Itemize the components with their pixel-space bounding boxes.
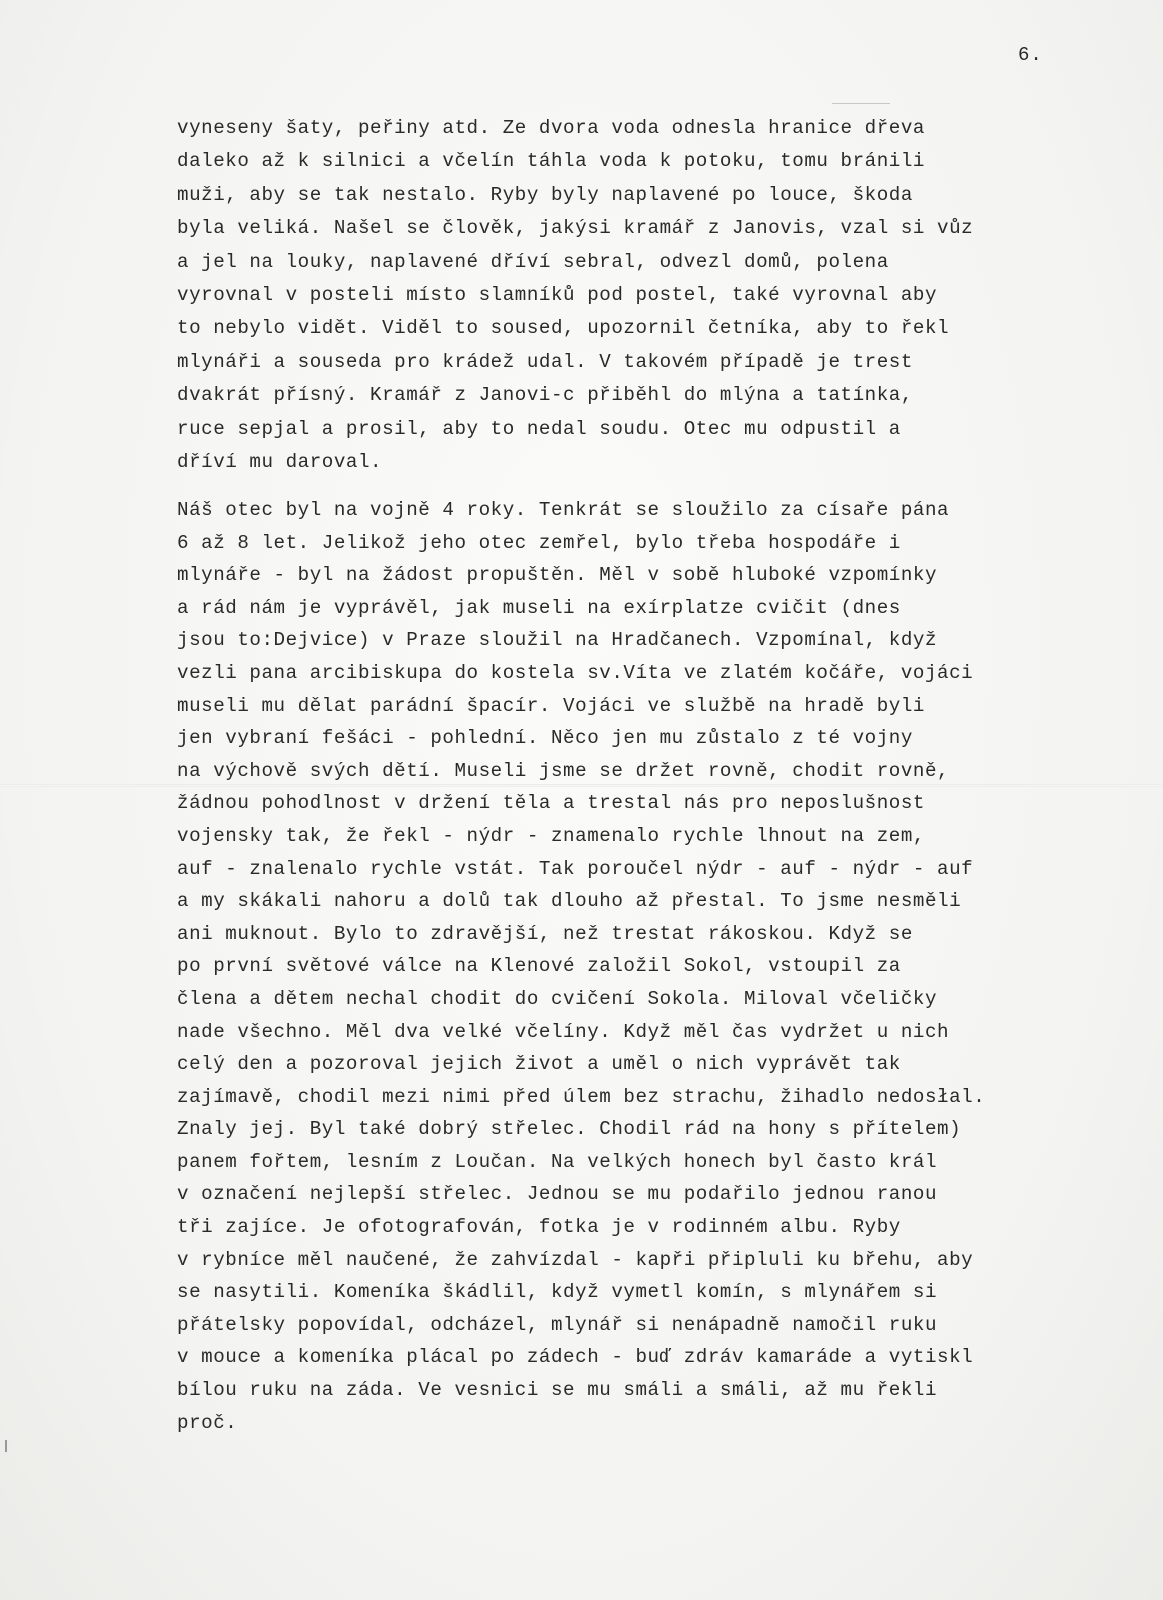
text-line: dvakrát přísný. Kramář z Janovi-c přiběh…	[177, 379, 1137, 412]
page-number: 6.	[1018, 44, 1043, 66]
text-line: muži, aby se tak nestalo. Ryby byly napl…	[177, 179, 1137, 212]
text-line: ani muknout. Bylo to zdravější, než tres…	[177, 918, 1137, 951]
text-line: auf - znalenalo rychle vstát. Tak porouč…	[177, 853, 1137, 886]
faint-pencil-mark	[832, 103, 890, 104]
text-line: v mouce a komeníka plácal po zádech - bu…	[177, 1341, 1137, 1374]
text-line: vojensky tak, že řekl - nýdr - znamenalo…	[177, 820, 1137, 853]
paragraph-flood-story: vyneseny šaty, peřiny atd. Ze dvora voda…	[177, 112, 1137, 479]
margin-mark	[5, 1440, 7, 1452]
text-line: proč.	[177, 1407, 1137, 1440]
text-line: museli mu dělat parádní špacír. Vojáci v…	[177, 690, 1137, 723]
text-line: daleko až k silnici a včelín táhla voda …	[177, 145, 1137, 178]
text-line: mlynáře - byl na žádost propuštěn. Měl v…	[177, 559, 1137, 592]
text-line: v označení nejlepší střelec. Jednou se m…	[177, 1178, 1137, 1211]
text-line: ruce sepjal a prosil, aby to nedal soudu…	[177, 413, 1137, 446]
text-line: dříví mu daroval.	[177, 446, 1137, 479]
text-line: vezli pana arcibiskupa do kostela sv.Vít…	[177, 657, 1137, 690]
text-line: se nasytili. Komeníka škádlil, když vyme…	[177, 1276, 1137, 1309]
text-line: přátelsky popovídal, odcházel, mlynář si…	[177, 1309, 1137, 1342]
text-line: člena a dětem nechal chodit do cvičení S…	[177, 983, 1137, 1016]
text-line: bílou ruku na záda. Ve vesnici se mu smá…	[177, 1374, 1137, 1407]
text-line: žádnou pohodlnost v držení těla a tresta…	[177, 787, 1137, 820]
text-line: a my skákali nahoru a dolů tak dlouho až…	[177, 885, 1137, 918]
text-line: Znaly jej. Byl také dobrý střelec. Chodi…	[177, 1113, 1137, 1146]
text-line: vyneseny šaty, peřiny atd. Ze dvora voda…	[177, 112, 1137, 145]
text-line: v rybníce měl naučené, že zahvízdal - ka…	[177, 1244, 1137, 1277]
text-line: po první světové válce na Klenové založi…	[177, 950, 1137, 983]
text-line: nade všechno. Měl dva velké včelíny. Kdy…	[177, 1016, 1137, 1049]
text-line: jsou to:Dejvice) v Praze sloužil na Hrad…	[177, 624, 1137, 657]
paragraph-father-military: Náš otec byl na vojně 4 roky. Tenkrát se…	[177, 494, 1137, 1439]
text-line: panem fořtem, lesním z Loučan. Na velkýc…	[177, 1146, 1137, 1179]
text-line: a rád nám je vyprávěl, jak museli na exí…	[177, 592, 1137, 625]
text-line: zajímavě, chodil mezi nimi před úlem bez…	[177, 1081, 1137, 1114]
text-line: na výchově svých dětí. Museli jsme se dr…	[177, 755, 1137, 788]
text-line: byla veliká. Našel se člověk, jakýsi kra…	[177, 212, 1137, 245]
text-line: 6 až 8 let. Jelikož jeho otec zemřel, by…	[177, 527, 1137, 560]
typewritten-page: 6. vyneseny šaty, peřiny atd. Ze dvora v…	[0, 0, 1163, 1600]
text-line: celý den a pozoroval jejich život a uměl…	[177, 1048, 1137, 1081]
text-line: tři zajíce. Je ofotografován, fotka je v…	[177, 1211, 1137, 1244]
text-line: mlynáři a souseda pro krádež udal. V tak…	[177, 346, 1137, 379]
text-line: to nebylo vidět. Viděl to soused, upozor…	[177, 312, 1137, 345]
text-line: Náš otec byl na vojně 4 roky. Tenkrát se…	[177, 494, 1137, 527]
text-line: jen vybraní fešáci - pohlední. Něco jen …	[177, 722, 1137, 755]
text-line: vyrovnal v posteli místo slamníků pod po…	[177, 279, 1137, 312]
text-line: a jel na louky, naplavené dříví sebral, …	[177, 246, 1137, 279]
